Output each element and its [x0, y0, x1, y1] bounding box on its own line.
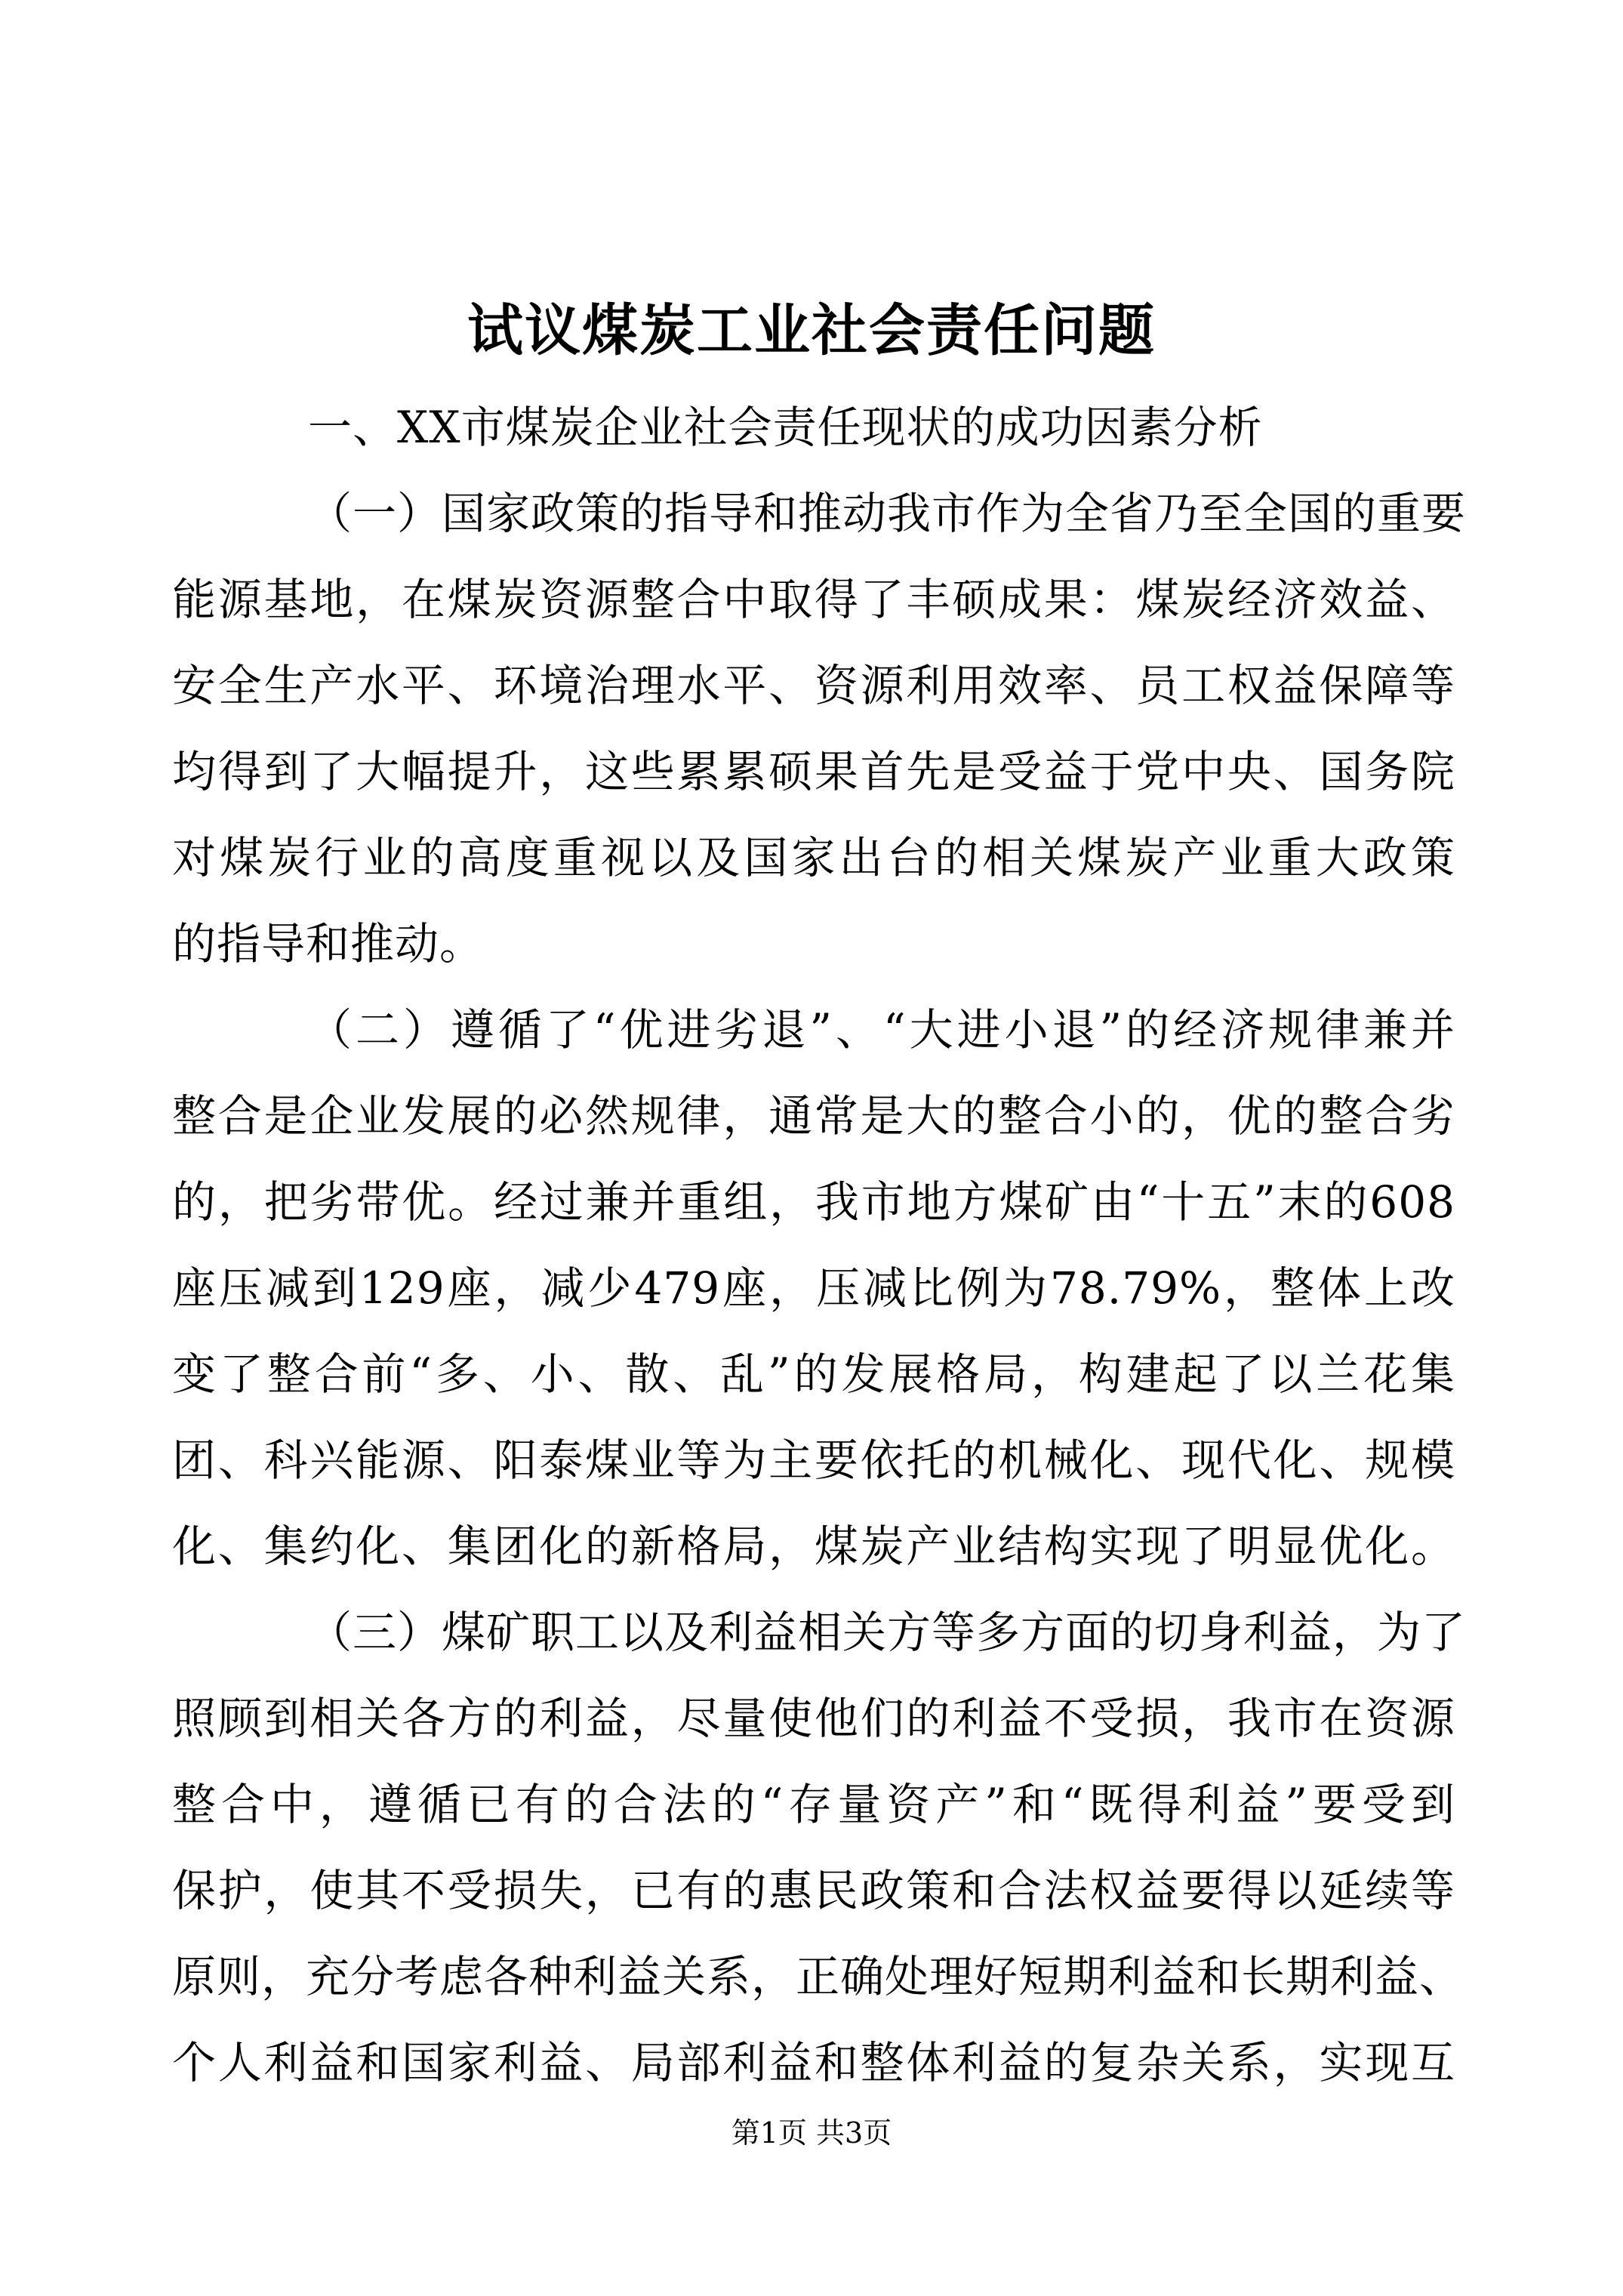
paragraph-line: （二）遵循了“优进劣退”、“大进小退”的经济规律兼并	[308, 1000, 1455, 1060]
section-heading: 一、XX市煤炭企业社会责任现状的成功因素分析	[308, 397, 1263, 458]
paragraph-line: 团、科兴能源、阳泰煤业等为主要依托的机械化、现代化、规模	[172, 1430, 1455, 1490]
document-page: 试议煤炭工业社会责任问题 一、XX市煤炭企业社会责任现状的成功因素分析 （一）国…	[0, 0, 1623, 2296]
paragraph-line: 个人利益和国家利益、局部利益和整体利益的复杂关系，实现互	[172, 2032, 1455, 2093]
page-footer: 第1页 共3页	[0, 2114, 1623, 2152]
paragraph-line: 均得到了大幅提升，这些累累硕果首先是受益于党中央、国务院	[172, 741, 1455, 802]
paragraph-line: 能源基地，在煤炭资源整合中取得了丰硕成果：煤炭经济效益、	[172, 569, 1455, 630]
paragraph-line: 座压减到129座，减少479座，压减比例为78.79%，整体上改	[172, 1258, 1455, 1318]
paragraph-line: 保护，使其不受损失，已有的惠民政策和合法权益要得以延续等	[172, 1860, 1455, 1921]
paragraph-line: 安全生产水平、环境治理水平、资源利用效率、员工权益保障等	[172, 655, 1455, 716]
paragraph-line: 变了整合前“多、小、散、乱”的发展格局，构建起了以兰花集	[172, 1344, 1455, 1404]
paragraph-line: （一）国家政策的指导和推动我市作为全省乃至全国的重要	[308, 483, 1455, 544]
paragraph-line: 整合中，遵循已有的合法的“存量资产”和“既得利益”要受到	[172, 1774, 1455, 1835]
paragraph-line: （三）煤矿职工以及利益相关方等多方面的切身利益，为了	[308, 1602, 1455, 1663]
paragraph-line: 原则，充分考虑各种利益关系，正确处理好短期利益和长期利益、	[172, 1946, 1455, 2007]
document-title: 试议煤炭工业社会责任问题	[0, 293, 1623, 368]
paragraph-line: 的，把劣带优。经过兼并重组，我市地方煤矿由“十五”末的608	[172, 1172, 1455, 1232]
paragraph-line: 的指导和推动。	[172, 914, 1455, 974]
paragraph-line: 整合是企业发展的必然规律，通常是大的整合小的，优的整合劣	[172, 1086, 1455, 1146]
paragraph-line: 对煤炭行业的高度重视以及国家出台的相关煤炭产业重大政策	[172, 827, 1455, 888]
paragraph-line: 化、集约化、集团化的新格局，煤炭产业结构实现了明显优化。	[172, 1516, 1455, 1576]
paragraph-line: 照顾到相关各方的利益，尽量使他们的利益不受损，我市在资源	[172, 1688, 1455, 1749]
